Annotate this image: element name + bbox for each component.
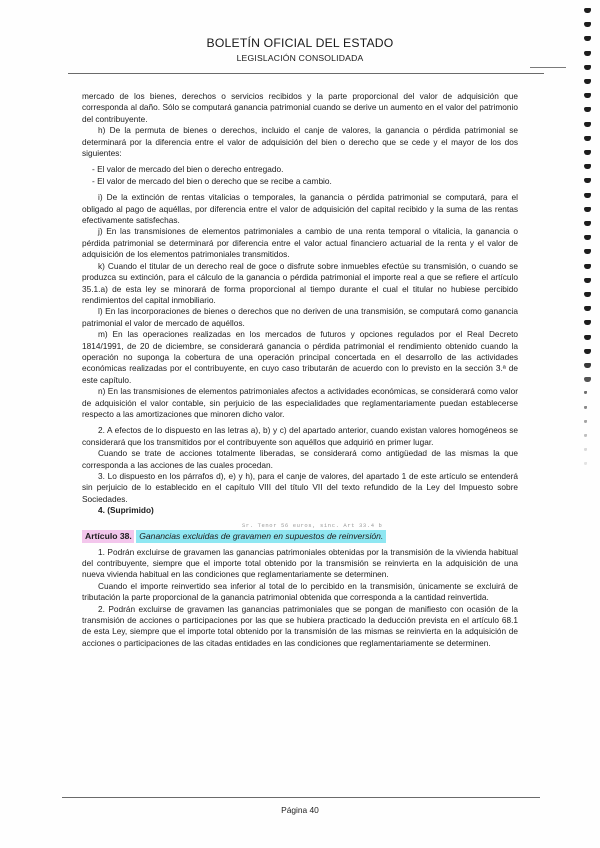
binding-hole-icon bbox=[584, 235, 591, 240]
paragraph-i: i) De la extinción de rentas vitalicias … bbox=[82, 192, 518, 226]
margin-mark bbox=[530, 67, 566, 68]
binding-hole-icon bbox=[584, 79, 591, 84]
binding-hole-icon bbox=[584, 320, 591, 325]
paragraph-l: l) En las incorporaciones de bienes o de… bbox=[82, 306, 518, 329]
binding-hole-icon bbox=[584, 264, 591, 269]
binding-hole-icon bbox=[584, 207, 591, 212]
article-paragraph-1-cont: Cuando el importe reinvertido sea inferi… bbox=[82, 581, 518, 604]
paragraph-k: k) Cuando el titular de un derecho real … bbox=[82, 261, 518, 307]
article-paragraph-1: 1. Podrán excluirse de gravamen las gana… bbox=[82, 547, 518, 581]
paragraph-n: n) En las transmisiones de elementos pat… bbox=[82, 386, 518, 420]
paragraph-2-cont: Cuando se trate de acciones totalmente l… bbox=[82, 448, 518, 471]
binding-hole-icon bbox=[584, 164, 591, 169]
binding-hole-icon bbox=[584, 335, 591, 340]
binding-hole-icon bbox=[584, 36, 591, 41]
scanned-page: BOLETÍN OFICIAL DEL ESTADO LEGISLACIÓN C… bbox=[0, 0, 600, 848]
footer-rule bbox=[62, 797, 540, 798]
paragraph-m: m) En las operaciones realizadas en los … bbox=[82, 329, 518, 386]
binding-hole-icon bbox=[584, 193, 591, 198]
binding-hole-icon bbox=[584, 107, 591, 112]
binding-hole-icon bbox=[584, 8, 591, 13]
paragraph-4-suppressed: 4. (Suprimido) bbox=[82, 505, 518, 516]
publication-subtitle: LEGISLACIÓN CONSOLIDADA bbox=[0, 52, 600, 64]
binding-hole-icon bbox=[584, 278, 591, 283]
binding-hole-icon bbox=[584, 434, 587, 437]
paragraph-h: h) De la permuta de bienes o derechos, i… bbox=[82, 125, 518, 159]
article-number: Artículo 38. bbox=[82, 530, 134, 543]
binding-hole-icon bbox=[584, 93, 591, 98]
handwritten-note: Sr. Tenor 56 euros, sinc. Art 33.4 b bbox=[242, 520, 382, 532]
bullet-item: - El valor de mercado del bien o derecho… bbox=[82, 164, 518, 175]
binding-hole-icon bbox=[584, 122, 591, 127]
binding-hole-icon bbox=[584, 377, 591, 382]
page-number: Página 40 bbox=[0, 805, 600, 815]
binding-hole-icon bbox=[584, 420, 587, 423]
publication-title: BOLETÍN OFICIAL DEL ESTADO bbox=[0, 36, 600, 50]
document-body: mercado de los bienes, derechos o servic… bbox=[82, 91, 518, 649]
bullet-item: - El valor de mercado del bien o derecho… bbox=[82, 176, 518, 187]
binding-hole-icon bbox=[584, 65, 591, 70]
paragraph-2: 2. A efectos de lo dispuesto en las letr… bbox=[82, 425, 518, 448]
document-header: BOLETÍN OFICIAL DEL ESTADO LEGISLACIÓN C… bbox=[0, 36, 600, 64]
binding-hole-icon bbox=[584, 349, 591, 354]
binding-hole-icon bbox=[584, 150, 591, 155]
article-heading: Sr. Tenor 56 euros, sinc. Art 33.4 b Art… bbox=[82, 530, 518, 542]
article-paragraph-2: 2. Podrán excluirse de gravamen las gana… bbox=[82, 604, 518, 650]
binding-hole-icon bbox=[584, 221, 591, 226]
binding-hole-icon bbox=[584, 448, 587, 451]
binding-hole-icon bbox=[584, 136, 591, 141]
binding-hole-icon bbox=[584, 249, 591, 254]
binding-hole-icon bbox=[584, 306, 591, 311]
binding-holes bbox=[584, 8, 594, 488]
paragraph-j: j) En las transmisiones de elementos pat… bbox=[82, 226, 518, 260]
binding-hole-icon bbox=[584, 406, 587, 409]
binding-hole-icon bbox=[584, 292, 591, 297]
paragraph-continuation: mercado de los bienes, derechos o servic… bbox=[82, 91, 518, 125]
binding-hole-icon bbox=[584, 363, 591, 368]
paragraph-3: 3. Lo dispuesto en los párrafos d), e) y… bbox=[82, 471, 518, 505]
binding-hole-icon bbox=[584, 178, 591, 183]
binding-hole-icon bbox=[584, 51, 591, 56]
header-rule bbox=[68, 73, 544, 74]
binding-hole-icon bbox=[584, 391, 587, 394]
binding-hole-icon bbox=[584, 22, 591, 27]
binding-hole-icon bbox=[584, 462, 587, 465]
